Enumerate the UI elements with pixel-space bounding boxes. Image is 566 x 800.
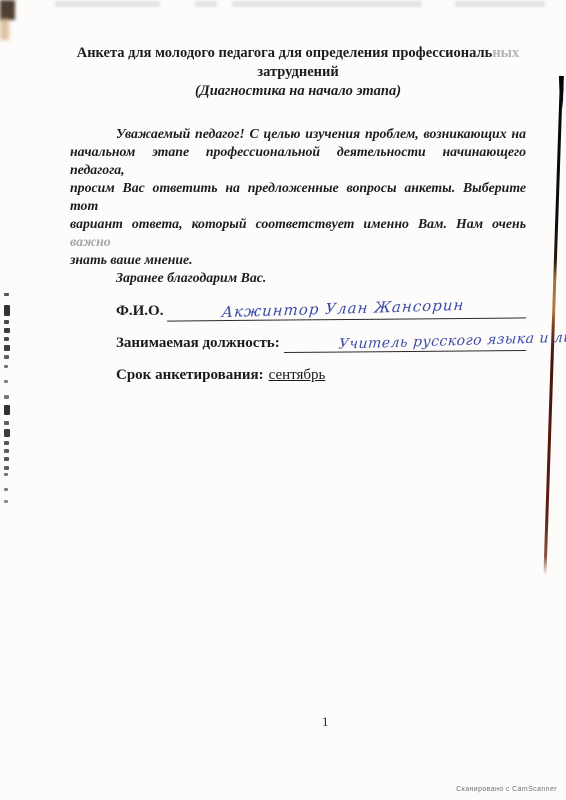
intro-line: Уважаемый педагог! С целью изучения проб… [70, 125, 526, 143]
title-faded-tail: ных [492, 45, 519, 61]
document-subtitle: (Диагностика на начало этапа) [70, 82, 526, 101]
position-field-row: Занимаемая должность: Учитель русского я… [70, 331, 526, 352]
period-value: сентябрь [269, 367, 326, 383]
title-line-2: затруднений [70, 63, 526, 82]
title-line-1: Анкета для молодого педагога для определ… [70, 44, 526, 63]
left-edge-scan-marks [0, 0, 16, 800]
intro-thanks-line: Заранее благодарим Вас. [70, 269, 526, 287]
fio-handwritten-value: Акжинтор Улан Жансорин [176, 296, 466, 323]
camscanner-watermark: Сканировано с CamScanner [456, 786, 557, 793]
position-answer-line: Учитель русского языка и литературы [284, 330, 526, 353]
document-title: Анкета для молодого педагога для определ… [70, 44, 526, 101]
form-fields: Ф.И.О. Акжинтор Улан Жансорин Занимаемая… [70, 299, 526, 384]
fio-label: Ф.И.О. [70, 303, 163, 320]
fio-answer-line: Акжинтор Улан Жансорин [167, 297, 526, 321]
intro-line: начальном этапе профессиональной деятель… [70, 143, 526, 179]
position-label: Занимаемая должность: [70, 335, 280, 352]
period-label: Срок анкетирования: [116, 367, 264, 383]
intro-paragraph: Уважаемый педагог! С целью изучения проб… [70, 125, 526, 287]
intro-line: знать ваше мнение. [70, 251, 526, 269]
document-content: Анкета для молодого педагога для определ… [70, 44, 526, 384]
intro-line: просим Вас ответить на предложенные вопр… [70, 179, 526, 215]
period-field-row: Срок анкетирования:сентябрь [70, 367, 526, 384]
faded-word: важно [70, 234, 111, 249]
right-page-edge-artifact [543, 76, 563, 576]
scanned-document-page: Анкета для молодого педагога для определ… [0, 0, 566, 800]
page-number: 1 [322, 714, 329, 730]
intro-line: вариант ответа, который соответствует им… [70, 215, 526, 251]
position-handwritten-value: Учитель русского языка и литературы [292, 327, 566, 354]
fio-field-row: Ф.И.О. Акжинтор Улан Жансорин [70, 299, 526, 320]
top-bleedthrough-text-artifact [0, 0, 566, 10]
